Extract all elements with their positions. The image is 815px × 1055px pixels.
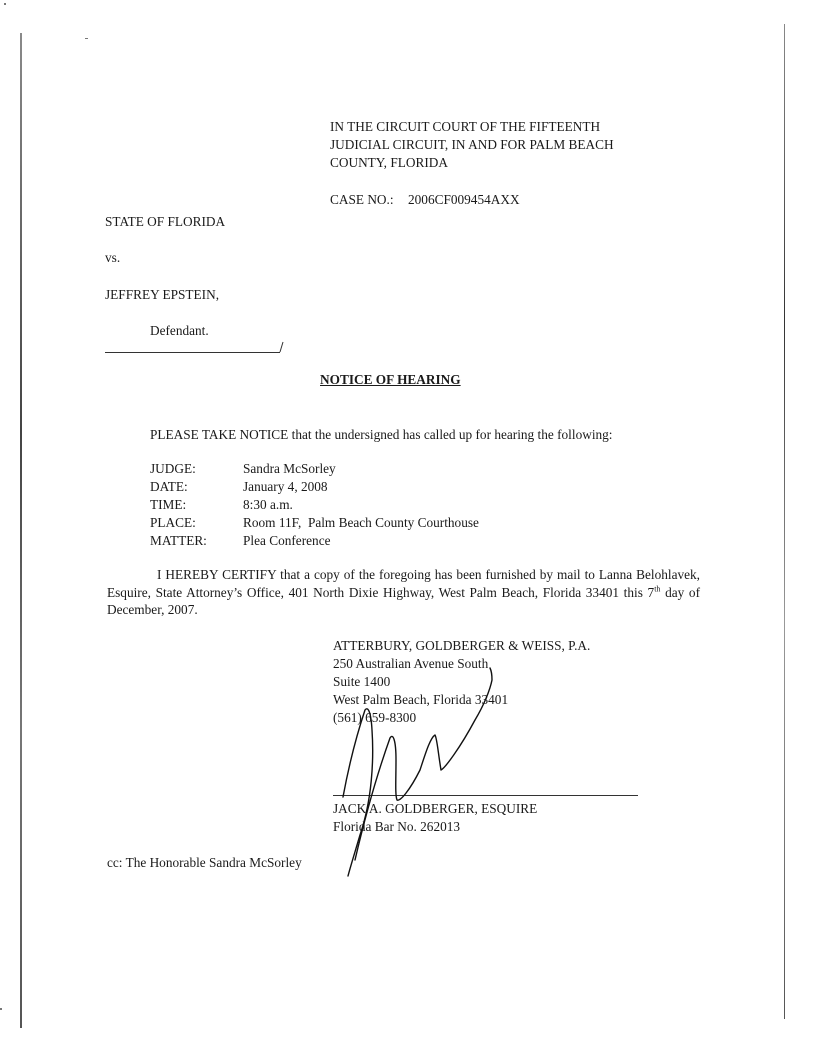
- document-title: NOTICE OF HEARING: [320, 372, 461, 388]
- signature-line: [333, 795, 638, 796]
- caption-line: JUDICIAL CIRCUIT, IN AND FOR PALM BEACH: [330, 137, 614, 153]
- caption-line: COUNTY, FLORIDA: [330, 155, 448, 171]
- firm-address-line: West Palm Beach, Florida 33401: [333, 692, 508, 708]
- plaintiff: STATE OF FLORIDA: [105, 214, 225, 230]
- firm-phone: (561) 659-8300: [333, 710, 416, 726]
- case-number-label: CASE NO.:: [330, 192, 394, 208]
- detail-value: January 4, 2008: [243, 479, 328, 495]
- scan-speck: [85, 38, 88, 39]
- detail-label: DATE:: [150, 479, 188, 495]
- detail-label: TIME:: [150, 497, 186, 513]
- caption-line: IN THE CIRCUIT COURT OF THE FIFTEENTH: [330, 119, 600, 135]
- detail-label: PLACE:: [150, 515, 196, 531]
- scan-edge-left: [20, 33, 22, 1028]
- notice-intro: PLEASE TAKE NOTICE that the undersigned …: [150, 427, 613, 443]
- certificate-of-service: I HEREBY CERTIFY that a copy of the fore…: [107, 566, 700, 619]
- detail-label: JUDGE:: [150, 461, 196, 477]
- scan-speck: [4, 3, 6, 5]
- firm-address-line: 250 Australian Avenue South: [333, 656, 488, 672]
- detail-label: MATTER:: [150, 533, 207, 549]
- defendant-name: JEFFREY EPSTEIN,: [105, 287, 219, 303]
- detail-value: Room 11F, Palm Beach County Courthouse: [243, 515, 479, 531]
- versus: vs.: [105, 250, 120, 266]
- scan-edge-right: [784, 24, 785, 1019]
- bar-number: Florida Bar No. 262013: [333, 819, 460, 835]
- firm-name: ATTERBURY, GOLDBERGER & WEISS, P.A.: [333, 638, 590, 654]
- caption-rule: [105, 352, 280, 353]
- detail-value: Sandra McSorley: [243, 461, 336, 477]
- defendant-role: Defendant.: [150, 323, 209, 339]
- signer-name: JACK A. GOLDBERGER, ESQUIRE: [333, 801, 537, 817]
- scan-speck: [0, 1008, 2, 1010]
- firm-address-line: Suite 1400: [333, 674, 390, 690]
- case-number: 2006CF009454AXX: [408, 192, 520, 208]
- cc-line: cc: The Honorable Sandra McSorley: [107, 855, 302, 871]
- detail-value: 8:30 a.m.: [243, 497, 293, 513]
- detail-value: Plea Conference: [243, 533, 331, 549]
- certificate-text: I HEREBY CERTIFY that a copy of the fore…: [107, 567, 700, 600]
